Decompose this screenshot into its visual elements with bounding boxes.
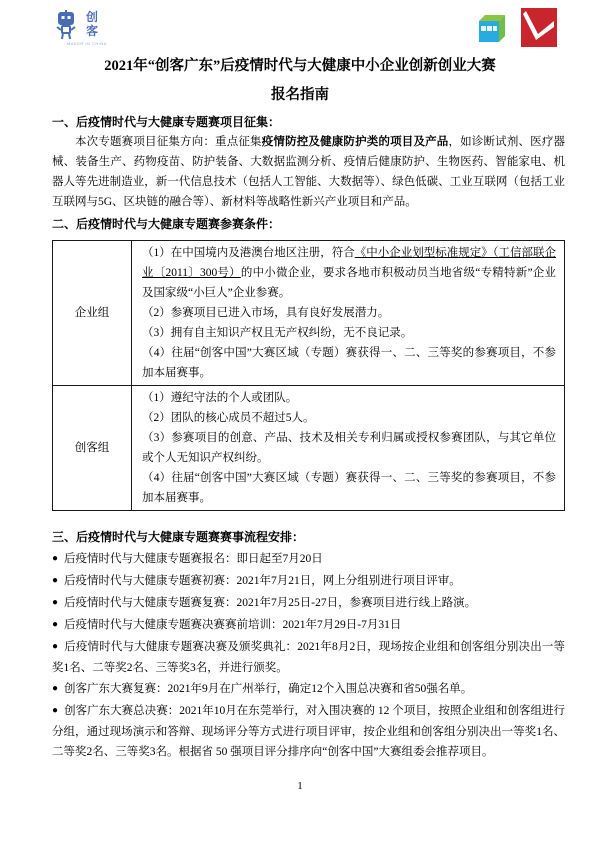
enterprise-item-2: （2）参赛项目已进入市场，具有良好发展潜力。 bbox=[142, 303, 556, 323]
schedule-item-guangdong-final: ●创客广东大赛总决赛：2021年10月在东莞举行，对入围决赛的 12 个项目，按… bbox=[52, 701, 565, 762]
enterprise-item-1-pre: （1）在中国境内及港澳台地区注册，符合 bbox=[142, 247, 355, 259]
schedule-item-preliminary: ●后疫情时代与大健康专题赛初赛：2021年7月21日，网上分组别进行项目评审。 bbox=[52, 571, 565, 592]
section-3-heading: 三、后疫情时代与大健康专题赛赛事流程安排： bbox=[52, 527, 565, 547]
maker-logo-subtext: MAKER IN CHINA bbox=[50, 41, 124, 46]
schedule-item-training: ●后疫情时代与大健康专题赛决赛赛前培训：2021年7月29日-7月31日 bbox=[52, 615, 565, 636]
row-content-enterprise: （1）在中国境内及港澳台地区注册，符合《中小企业划型标准规定》（工信部联企业〔2… bbox=[132, 241, 565, 386]
cube-logo-icon bbox=[477, 13, 508, 44]
bullet-icon: ● bbox=[52, 575, 58, 586]
document-body: 一、后疫情时代与大健康专题赛项目征集： 本次专题赛项目征集方向：重点征集疫情防控… bbox=[52, 112, 565, 763]
schedule-item-registration: ●后疫情时代与大健康专题赛报名：即日起至7月20日 bbox=[52, 549, 565, 570]
robot-icon bbox=[52, 9, 80, 41]
row-label-enterprise: 企业组 bbox=[53, 241, 132, 386]
section-1-text-bold: 疫情防控及健康防护类的项目及产品 bbox=[262, 136, 449, 148]
schedule-item-text: 后疫情时代与大健康专题赛初赛：2021年7月21日，网上分组别进行项目评审。 bbox=[64, 575, 461, 587]
maker-item-1: （1）遵纪守法的个人或团队。 bbox=[142, 388, 556, 408]
section-1-paragraph: 本次专题赛项目征集方向：重点征集疫情防控及健康防护类的项目及产品，如诊断试剂、医… bbox=[52, 132, 565, 212]
table-row-enterprise: 企业组 （1）在中国境内及港澳台地区注册，符合《中小企业划型标准规定》（工信部联… bbox=[53, 241, 565, 386]
row-label-maker: 创客组 bbox=[53, 386, 132, 511]
bullet-icon: ● bbox=[52, 553, 58, 564]
schedule-item-text: 创客广东大赛总决赛：2021年10月在东莞举行，对入围决赛的 12 个项目，按照… bbox=[52, 705, 565, 758]
maker-logo-char-1: 创 bbox=[86, 10, 98, 24]
schedule-list: ●后疫情时代与大健康专题赛报名：即日起至7月20日 ●后疫情时代与大健康专题赛初… bbox=[52, 549, 565, 762]
enterprise-item-1: （1）在中国境内及港澳台地区注册，符合《中小企业划型标准规定》（工信部联企业〔2… bbox=[142, 243, 556, 303]
red-check-logo-icon bbox=[521, 8, 557, 47]
schedule-item-text: 后疫情时代与大健康专题赛复赛：2021年7月25日-27日，参赛项目进行线上路演… bbox=[64, 597, 476, 609]
schedule-item-text: 后疫情时代与大健康专题赛决赛及颁奖典礼：2021年8月2日，现场按企业组和创客组… bbox=[52, 641, 565, 674]
maker-logo-char-2: 客 bbox=[86, 24, 98, 38]
bullet-icon: ● bbox=[52, 619, 58, 630]
enterprise-item-3: （3）拥有自主知识产权且无产权纠纷，无不良记录。 bbox=[142, 323, 556, 343]
bullet-icon: ● bbox=[52, 597, 58, 608]
maker-item-4: （4）往届“创客中国”大赛区域（专题）赛获得一、二、三等奖的参赛项目，不参加本届… bbox=[142, 468, 556, 508]
document-title: 2021年“创客广东”后疫情时代与大健康中小企业创新创业大赛 bbox=[0, 55, 600, 77]
schedule-item-guangdong-semifinal: ●创客广东大赛复赛：2021年9月在广州举行，确定12个入围总决赛和省50强名单… bbox=[52, 679, 565, 700]
table-row-maker: 创客组 （1）遵纪守法的个人或团队。 （2）团队的核心成员不超过5人。 （3）参… bbox=[53, 386, 565, 511]
schedule-item-text: 创客广东大赛复赛：2021年9月在广州举行，确定12个入围总决赛和省50强名单。 bbox=[64, 683, 472, 695]
schedule-item-semifinal: ●后疫情时代与大健康专题赛复赛：2021年7月25日-27日，参赛项目进行线上路… bbox=[52, 593, 565, 614]
schedule-item-final-awards: ●后疫情时代与大健康专题赛决赛及颁奖典礼：2021年8月2日，现场按企业组和创客… bbox=[52, 637, 565, 678]
bullet-icon: ● bbox=[52, 641, 58, 652]
maker-logo-text: 创 客 bbox=[86, 10, 98, 38]
document-page: 创 客 MAKER IN CHINA 2021年“创客广东”后疫情时代与大健康中… bbox=[0, 0, 600, 848]
document-subtitle: 报名指南 bbox=[0, 84, 600, 106]
maker-item-3: （3）参赛项目的创意、产品、技术及相关专利归属或授权参赛团队，与其它单位或个人无… bbox=[142, 428, 556, 468]
row-content-maker: （1）遵纪守法的个人或团队。 （2）团队的核心成员不超过5人。 （3）参赛项目的… bbox=[132, 386, 565, 511]
page-number: 1 bbox=[0, 780, 600, 792]
schedule-item-text: 后疫情时代与大健康专题赛报名：即日起至7月20日 bbox=[64, 553, 323, 565]
schedule-item-text: 后疫情时代与大健康专题赛决赛赛前培训：2021年7月29日-7月31日 bbox=[64, 619, 401, 631]
bullet-icon: ● bbox=[52, 683, 58, 694]
maker-in-china-logo: 创 客 MAKER IN CHINA bbox=[52, 9, 122, 49]
section-2-heading: 二、后疫情时代与大健康专题赛参赛条件： bbox=[52, 214, 565, 234]
bullet-icon: ● bbox=[52, 705, 58, 716]
section-1-text-pre: 本次专题赛项目征集方向：重点征集 bbox=[75, 136, 262, 148]
conditions-table: 企业组 （1）在中国境内及港澳台地区注册，符合《中小企业划型标准规定》（工信部联… bbox=[52, 240, 565, 511]
maker-item-2: （2）团队的核心成员不超过5人。 bbox=[142, 408, 556, 428]
section-1-heading: 一、后疫情时代与大健康专题赛项目征集： bbox=[52, 112, 565, 132]
enterprise-item-4: （4）往届“创客中国”大赛区域（专题）赛获得一、二、三等奖的参赛项目，不参加本届… bbox=[142, 343, 556, 383]
